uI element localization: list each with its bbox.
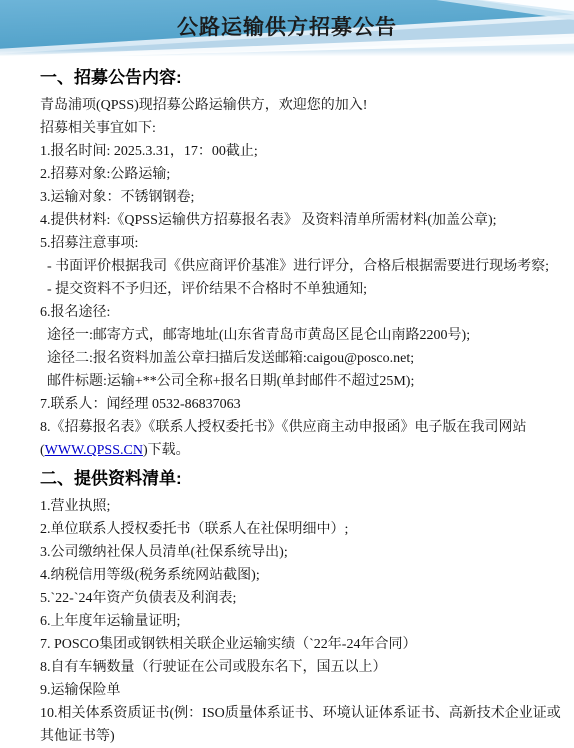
download-line: (WWW.QPSS.CN)下载。: [40, 439, 568, 462]
list-item: 6.报名途径:: [40, 301, 568, 324]
list-item: 3.公司缴纳社保人员清单(社保系统导出);: [40, 541, 568, 564]
link-suffix: )下载。: [143, 443, 190, 458]
list-item: 2.单位联系人授权委托书（联系人在社保明细中）;: [40, 518, 568, 541]
sub-list-item: - 提交资料不予归还，评价结果不合格时不单独通知;: [40, 278, 568, 301]
section2-heading: 二、提供资料清单:: [40, 465, 568, 492]
list-item: 6.上年度年运输量证明;: [40, 610, 568, 633]
page-title: 公路运输供方招募公告: [0, 11, 574, 41]
list-item: 1.报名时间: 2025.3.31，17：00截止;: [40, 140, 568, 163]
document-body: 一、招募公告内容: 青岛浦项(QPSS)现招募公路运输供方，欢迎您的加入! 招募…: [0, 56, 574, 748]
list-item: 5.`22-`24年资产负债表及利润表;: [40, 587, 568, 610]
list-item: 5.招募注意事项:: [40, 232, 568, 255]
sub-list-item: 邮件标题:运输+**公司全称+报名日期(单封邮件不超过25M);: [40, 370, 568, 393]
sub-list-item: 途径二:报名资料加盖公章扫描后发送邮箱:caigou@posco.net;: [40, 347, 568, 370]
list-item-continuation: 其他证书等): [40, 725, 568, 748]
section1-heading: 一、招募公告内容:: [40, 64, 568, 91]
list-item: 7. POSCO集团或钢铁相关联企业运输实绩（`22年-24年合同）: [40, 633, 568, 656]
sub-list-item: 途径一:邮寄方式，邮寄地址(山东省青岛市黄岛区昆仑山南路2200号);: [40, 324, 568, 347]
list-item: 4.纳税信用等级(税务系统网站截图);: [40, 564, 568, 587]
list-item: 1.营业执照;: [40, 495, 568, 518]
intro-line: 招募相关事宜如下:: [40, 117, 568, 140]
list-item: 3.运输对象：不锈钢钢卷;: [40, 186, 568, 209]
intro-line: 青岛浦项(QPSS)现招募公路运输供方，欢迎您的加入!: [40, 94, 568, 117]
list-item: 2.招募对象:公路运输;: [40, 163, 568, 186]
list-item: 9.运输保险单: [40, 679, 568, 702]
sub-list-item: - 书面评价根据我司《供应商评价基准》进行评分，合格后根据需要进行现场考察;: [40, 255, 568, 278]
qpss-website-link[interactable]: WWW.QPSS.CN: [45, 443, 143, 458]
contact-line: 7.联系人：闻经理 0532-86837063: [40, 393, 568, 416]
list-item: 8.自有车辆数量（行驶证在公司或股东名下，国五以上）: [40, 656, 568, 679]
list-item: 4.提供材料:《QPSS运输供方招募报名表》 及资料清单所需材料(加盖公章);: [40, 209, 568, 232]
header-banner: 公路运输供方招募公告: [0, 0, 574, 56]
list-item: 8.《招募报名表》《联系人授权委托书》《供应商主动申报函》电子版在我司网站: [40, 416, 568, 439]
list-item: 10.相关体系资质证书(例：ISO质量体系证书、环境认证体系证书、高新技术企业证…: [40, 702, 568, 725]
